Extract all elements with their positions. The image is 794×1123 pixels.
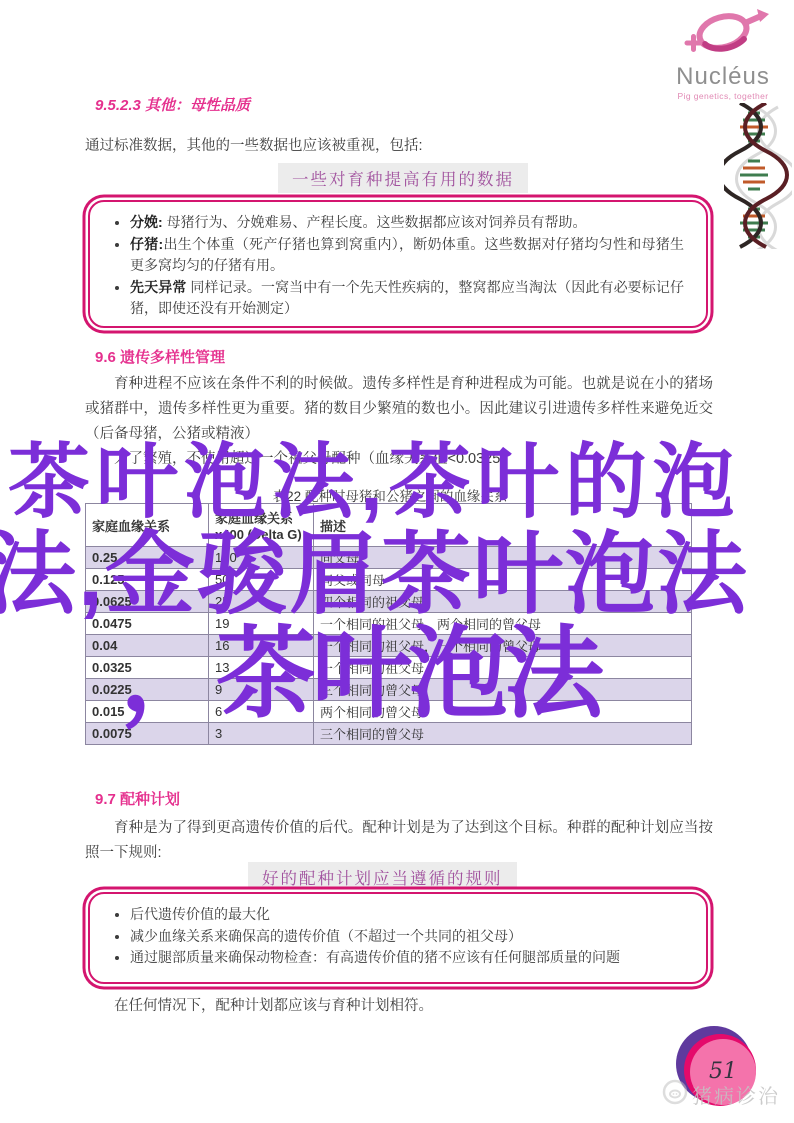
list-item: 通过腿部质量来确保动物检查：有高遗传价值的猪不应该有任何腿部质量的问题: [130, 947, 684, 969]
keyword-overlay-line-3: ，茶叶泡法: [120, 624, 600, 724]
bullet-term: 先天异常: [130, 279, 186, 295]
section-heading-9523: 9.5.2.3 其他：母性品质: [95, 94, 250, 115]
mating-rules-box: 后代遗传价值的最大化 减少血缘关系来确保高的遗传价值（不超过一个共同的祖父母） …: [88, 892, 708, 984]
list-item: 先天异常 同样记录。一窝当中有一个先天性疾病的，整窝都应当淘汰（因此有必要标记仔…: [130, 277, 684, 320]
diversity-paragraph-1: 育种进程不应该在条件不利的时候做。遗传多样性是育种进程成为可能。也就是说在小的猪…: [85, 372, 713, 447]
pig-logo-icon: [660, 1078, 690, 1106]
list-item: 仔猪:出生个体重（死产仔猪也算到窝重内），断奶体重。这些数据对仔猪均匀性和母猪生…: [130, 234, 684, 277]
watermark-text: 猪病诊治: [692, 1080, 780, 1109]
section-heading-96: 9.6 遗传多样性管理: [95, 346, 225, 367]
mating-paragraph: 育种是为了得到更高遗传价值的后代。配种计划是为了达到这个目标。种群的配种计划应当…: [85, 816, 713, 866]
brand-logo: Nucléus Pig genetics, together: [660, 6, 786, 101]
bullet-term: 仔猪:: [130, 236, 163, 252]
brand-tagline: Pig genetics, together: [660, 91, 786, 101]
subtitle-useful-data: 一些对育种提高有用的数据: [278, 163, 528, 193]
bullet-text: 出生个体重（死产仔猪也算到窝重内），断奶体重。这些数据对仔猪均匀性和母猪生更多窝…: [130, 236, 684, 274]
maternal-data-box: 分娩: 母猪行为、分娩难易、产程长度。这些数据都应该对饲养员有帮助。 仔猪:出生…: [88, 200, 708, 328]
keyword-overlay-line-2: 法,金骏眉茶叶泡法: [0, 530, 749, 620]
intro-paragraph: 通过标准数据，其他的一些数据也应该被重视，包括:: [85, 134, 705, 159]
brand-name: Nucléus: [660, 63, 786, 91]
bullet-term: 分娩:: [130, 214, 163, 230]
closing-paragraph: 在任何情况下，配种计划都应该与育种计划相符。: [85, 994, 713, 1019]
list-item: 分娩: 母猪行为、分娩难易、产程长度。这些数据都应该对饲养员有帮助。: [130, 212, 684, 234]
subtitle-mating-rules: 好的配种计划应当遵循的规则: [248, 862, 517, 892]
bullet-text: 同样记录。一窝当中有一个先天性疾病的，整窝都应当淘汰（因此有必要标记仔猪，即使还…: [130, 279, 684, 317]
gender-symbols-icon: [677, 6, 769, 58]
dna-helix-image: [724, 103, 792, 249]
document-page: Nucléus Pig genetics, together: [0, 0, 794, 1123]
section-heading-97: 9.7 配种计划: [95, 788, 180, 809]
keyword-overlay-line-1: 茶叶泡法,茶叶的泡: [8, 442, 741, 524]
list-item: 后代遗传价值的最大化: [130, 904, 684, 926]
list-item: 减少血缘关系来确保高的遗传价值（不超过一个共同的祖父母）: [130, 926, 684, 948]
bullet-text: 母猪行为、分娩难易、产程长度。这些数据都应该对饲养员有帮助。: [167, 214, 587, 230]
